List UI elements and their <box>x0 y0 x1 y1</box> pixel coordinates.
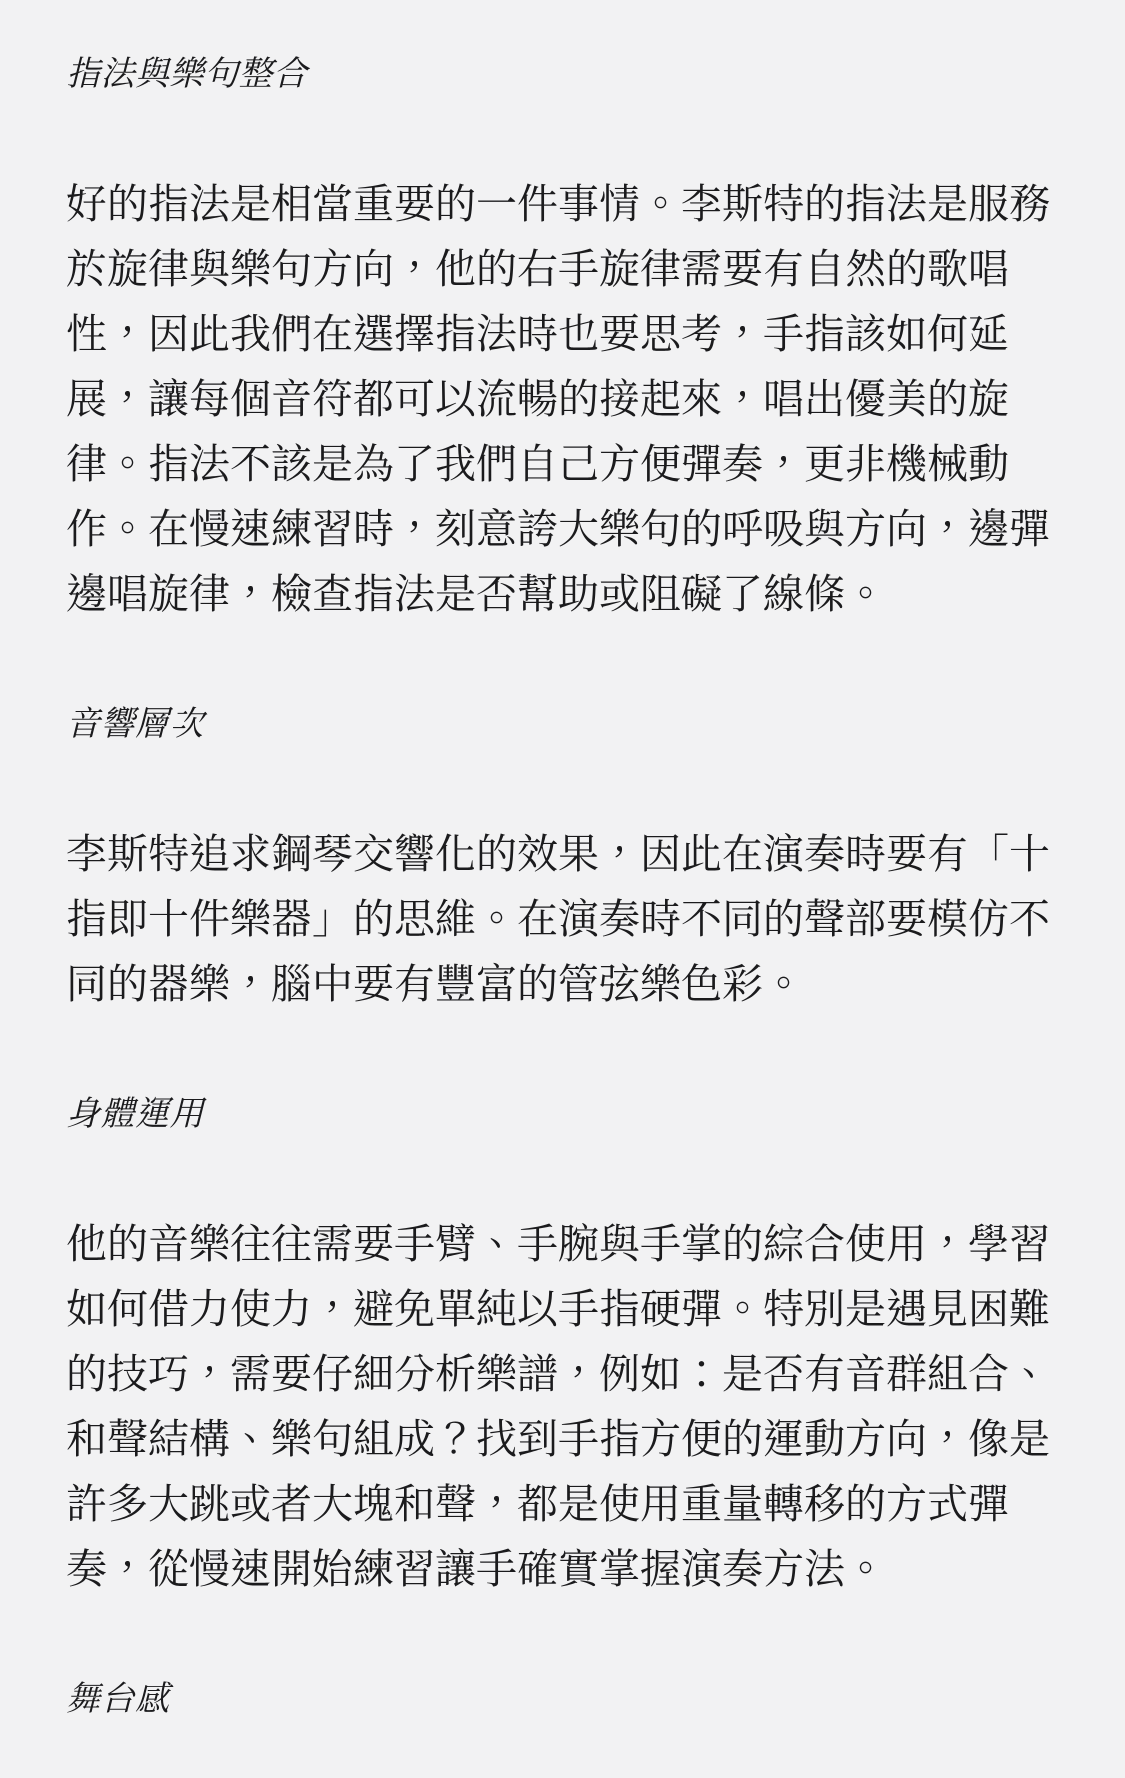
paragraph-line: 邊唱旋律，檢查指法是否幫助或阻礙了線條。 <box>66 562 1077 627</box>
paragraph-line: 好的指法是相當重要的一件事情。李斯特的指法是服務 <box>66 172 1077 237</box>
paragraph-fingering-phrasing: 好的指法是相當重要的一件事情。李斯特的指法是服務 於旋律與樂句方向，他的右手旋律… <box>66 172 1077 627</box>
document-page: { "page": { "background_color": "#f2f2f3… <box>0 0 1125 1778</box>
section-heading-stage-presence: 舞台感 <box>66 1667 1077 1732</box>
paragraph-line: 於旋律與樂句方向，他的右手旋律需要有自然的歌唱 <box>66 237 1077 302</box>
section-heading-sound-layers: 音響層次 <box>66 692 1077 757</box>
paragraph-line: 同的器樂，腦中要有豐富的管弦樂色彩。 <box>66 952 1077 1017</box>
paragraph-line: 許多大跳或者大塊和聲，都是使用重量轉移的方式彈 <box>66 1472 1077 1537</box>
paragraph-line: 展，讓每個音符都可以流暢的接起來，唱出優美的旋 <box>66 367 1077 432</box>
paragraph-line: 奏，從慢速開始練習讓手確實掌握演奏方法。 <box>66 1537 1077 1602</box>
paragraph-line: 李斯特追求鋼琴交響化的效果，因此在演奏時要有「十 <box>66 822 1077 887</box>
paragraph-body-usage: 他的音樂往往需要手臂、手腕與手掌的綜合使用，學習 如何借力使力，避免單純以手指硬… <box>66 1212 1077 1602</box>
paragraph-line: 和聲結構、樂句組成？找到手指方便的運動方向，像是 <box>66 1407 1077 1472</box>
note-content-area[interactable]: 指法與樂句整合 好的指法是相當重要的一件事情。李斯特的指法是服務 於旋律與樂句方… <box>0 0 1125 1778</box>
paragraph-line: 律。指法不該是為了我們自己方便彈奏，更非機械動 <box>66 432 1077 497</box>
paragraph-line: 的技巧，需要仔細分析樂譜，例如：是否有音群組合、 <box>66 1342 1077 1407</box>
section-heading-fingering-phrasing: 指法與樂句整合 <box>66 42 1077 107</box>
paragraph-line: 作。在慢速練習時，刻意誇大樂句的呼吸與方向，邊彈 <box>66 497 1077 562</box>
paragraph-line: 性，因此我們在選擇指法時也要思考，手指該如何延 <box>66 302 1077 367</box>
paragraph-sound-layers: 李斯特追求鋼琴交響化的效果，因此在演奏時要有「十 指即十件樂器」的思維。在演奏時… <box>66 822 1077 1017</box>
section-heading-body-usage: 身體運用 <box>66 1082 1077 1147</box>
paragraph-line: 如何借力使力，避免單純以手指硬彈。特別是遇見困難 <box>66 1277 1077 1342</box>
paragraph-line: 他的音樂往往需要手臂、手腕與手掌的綜合使用，學習 <box>66 1212 1077 1277</box>
paragraph-line: 指即十件樂器」的思維。在演奏時不同的聲部要模仿不 <box>66 887 1077 952</box>
